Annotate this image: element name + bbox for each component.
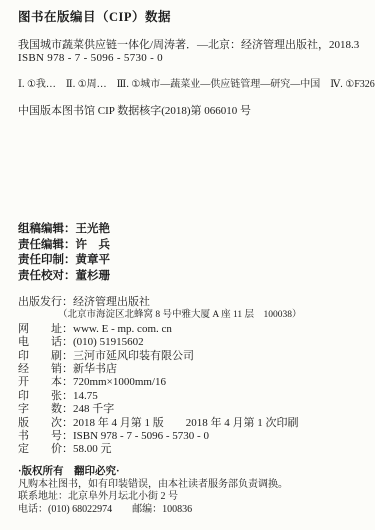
pub-value: 三河市延风印装有限公司 — [73, 350, 194, 362]
contact-phone-line: 电话：(010) 68022974 邮编：100836 — [18, 504, 288, 517]
pub-value: ISBN 978 - 7 - 5096 - 5730 - 0 — [73, 430, 209, 442]
staff-row-proofreader: 责任校对：董杉珊 — [18, 269, 110, 285]
pub-value: 经济管理出版社 — [73, 296, 150, 308]
staff-row-print-supervisor: 责任印制：黄章平 — [18, 253, 110, 269]
staff-row-acquisition-editor: 组稿编辑：王光艳 — [18, 222, 110, 238]
pub-row-word-count: 字 数：248 千字 — [18, 403, 302, 416]
pub-label: 经 销： — [18, 363, 73, 375]
pub-value: (010) 51915602 — [73, 336, 144, 348]
pub-row-website: 网 址：www. E - mp. com. cn — [18, 323, 302, 336]
classification-line: Ⅰ. ①我… Ⅱ. ①周… Ⅲ. ①城市—蔬菜业—供应链管理—研究—中国 Ⅳ. … — [18, 75, 375, 90]
pub-row-edition: 版 次：2018 年 4 月第 1 版 2018 年 4 月第 1 次印刷 — [18, 417, 302, 430]
pub-label: 版 次： — [18, 417, 73, 429]
pub-row-price: 定 价：58.00 元 — [18, 443, 302, 456]
pub-label: 电 话： — [18, 336, 73, 348]
pub-label: 印 刷： — [18, 350, 73, 362]
book-title-line: 我国城市蔬菜供应链一体化/周涛著．—北京：经济管理出版社，2018.3 — [18, 36, 359, 52]
pub-value: www. E - mp. com. cn — [73, 323, 172, 335]
pub-label: 出版发行： — [18, 296, 73, 308]
staff-value: 王光艳 — [76, 223, 111, 235]
staff-label: 责任校对： — [18, 270, 76, 282]
pub-row-phone: 电 话：(010) 51915602 — [18, 336, 302, 349]
staff-label: 责任印制： — [18, 254, 76, 266]
pub-row-sheets: 印 张：14.75 — [18, 390, 302, 403]
pub-label: 字 数： — [18, 403, 73, 415]
pub-row-printer: 印 刷：三河市延风印装有限公司 — [18, 350, 302, 363]
pub-value: 720mm×1000mm/16 — [73, 376, 166, 388]
pub-label: 定 价： — [18, 443, 73, 455]
cip-record-line: 中国版本图书馆 CIP 数据核字(2018)第 066010 号 — [18, 102, 251, 118]
pub-row-format: 开 本：720mm×1000mm/16 — [18, 376, 302, 389]
staff-block: 组稿编辑：王光艳 责任编辑：许 兵 责任印制：黄章平 责任校对：董杉珊 — [18, 222, 110, 285]
staff-label: 组稿编辑： — [18, 223, 76, 235]
pub-row-publisher: 出版发行：经济管理出版社 — [18, 296, 302, 309]
pub-row-publisher-address: （北京市海淀区北蜂窝 8 号中雅大厦 A 座 11 层 100038） — [18, 309, 302, 322]
pub-label: 书 号： — [18, 430, 73, 442]
pub-value: 58.00 元 — [73, 443, 112, 455]
pub-label: 印 张： — [18, 390, 73, 402]
staff-label: 责任编辑： — [18, 239, 76, 251]
contact-address-line: 联系地址：北京阜外月坛北小街 2 号 — [18, 491, 288, 504]
staff-value: 董杉珊 — [76, 270, 111, 282]
footer-block: ·版权所有 翻印必究· 凡购本社图书，如有印装错误，由本社读者服务部负责调换。 … — [18, 466, 288, 517]
pub-row-distributor: 经 销：新华书店 — [18, 363, 302, 376]
staff-value: 许 兵 — [76, 239, 111, 251]
cip-header: 图书在版编目（CIP）数据 — [18, 7, 171, 25]
copyright-notice: ·版权所有 翻印必究· — [18, 466, 288, 479]
exchange-policy-line: 凡购本社图书，如有印装错误，由本社读者服务部负责调换。 — [18, 479, 288, 492]
pub-label: 网 址： — [18, 323, 73, 335]
pub-value: 新华书店 — [73, 363, 117, 375]
publication-info-block: 出版发行：经济管理出版社 （北京市海淀区北蜂窝 8 号中雅大厦 A 座 11 层… — [18, 296, 302, 457]
staff-value: 黄章平 — [76, 254, 111, 266]
isbn-line: ISBN 978 - 7 - 5096 - 5730 - 0 — [18, 52, 163, 64]
book-copyright-page: 图书在版编目（CIP）数据 我国城市蔬菜供应链一体化/周涛著．—北京：经济管理出… — [0, 0, 375, 530]
pub-value: 2018 年 4 月第 1 版 2018 年 4 月第 1 次印刷 — [73, 417, 299, 429]
pub-label: 开 本： — [18, 376, 73, 388]
pub-value: （北京市海淀区北蜂窝 8 号中雅大厦 A 座 11 层 100038） — [58, 310, 302, 320]
pub-row-book-number: 书 号：ISBN 978 - 7 - 5096 - 5730 - 0 — [18, 430, 302, 443]
staff-row-responsible-editor: 责任编辑：许 兵 — [18, 238, 110, 254]
pub-value: 14.75 — [73, 390, 98, 402]
pub-value: 248 千字 — [73, 403, 114, 415]
